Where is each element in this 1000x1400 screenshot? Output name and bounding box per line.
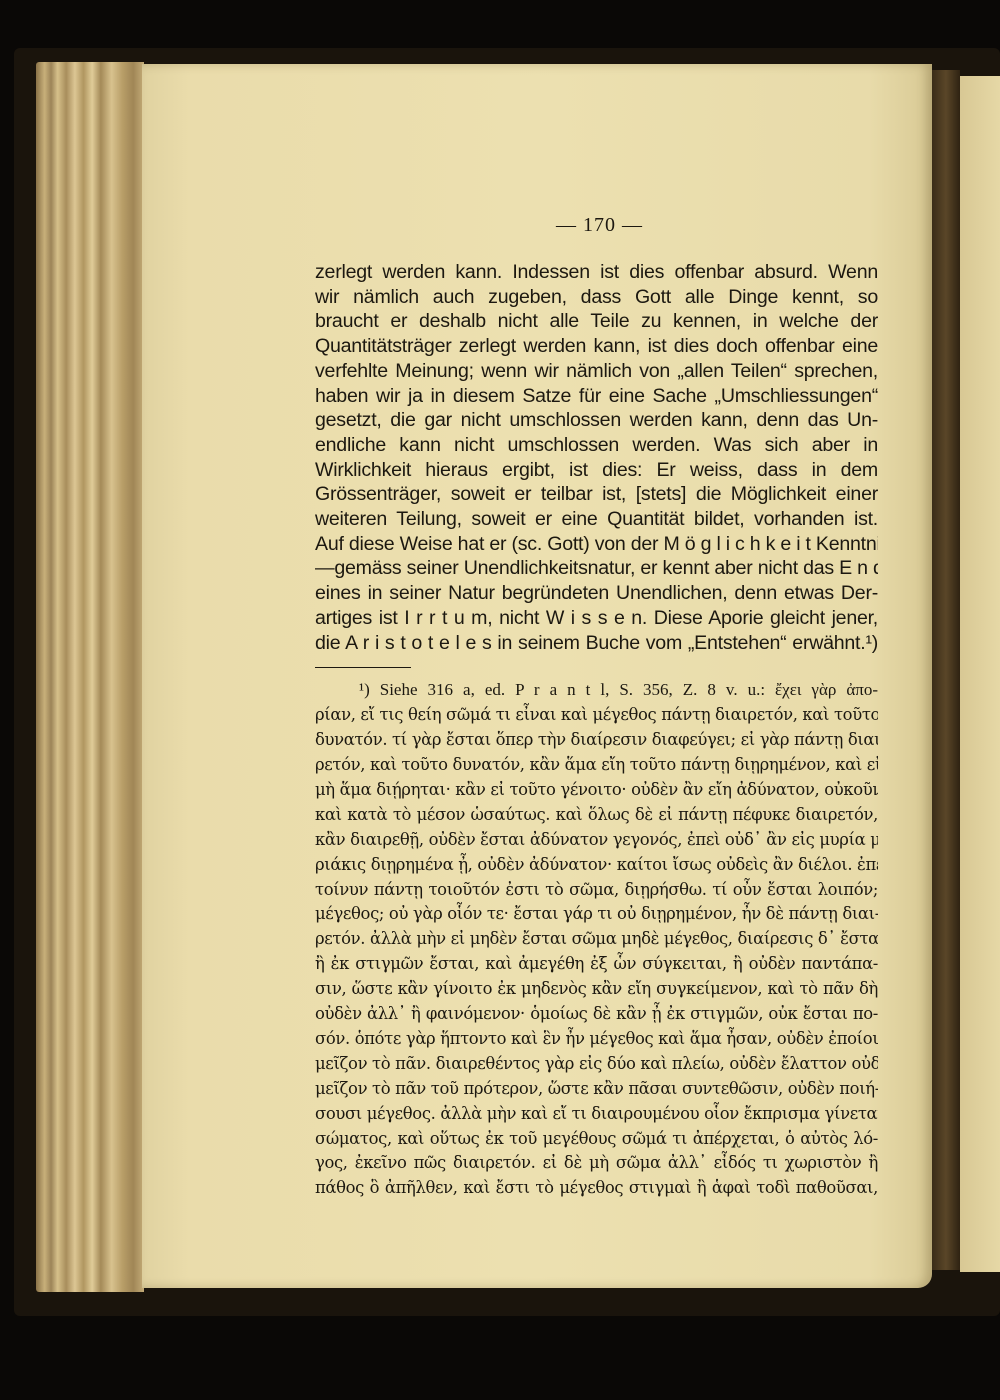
- footnote-line: μέγεθος; οὐ γὰρ οἷόν τε· ἔσται γάρ τι οὐ…: [315, 902, 878, 927]
- footnote-line: γος, ἐκεῖνο πῶς διαιρετόν. εἰ δὲ μὴ σῶμα…: [315, 1151, 878, 1176]
- footnote-line: σόν. ὁπότε γὰρ ἥπτοντο καὶ ἓν ἦν μέγεθος…: [315, 1027, 878, 1052]
- footnote-line: ρετόν, καὶ τοῦτο δυνατόν, κἂν ἅμα εἴη το…: [315, 753, 878, 778]
- footnote-line: μεῖζον τὸ πᾶν. διαιρεθέντος γὰρ εἰς δύο …: [315, 1052, 878, 1077]
- body-line: artiges ist I r r t u m, nicht W i s s e…: [315, 606, 878, 631]
- body-line: Quantitätsträger zerlegt werden kann, is…: [315, 334, 878, 359]
- footnote-line: οὐδὲν ἀλλ᾽ ἢ φαινόμενον· ὁμοίως δὲ κἂν ᾖ…: [315, 1002, 878, 1027]
- footnote-line: κἂν διαιρεθῇ, οὐδὲν ἔσται ἀδύνατον γεγον…: [315, 828, 878, 853]
- footnote-line: ¹) Siehe 316 a, ed. P r a n t l, S. 356,…: [315, 678, 878, 703]
- footnote-line: ἢ ἐκ στιγμῶν ἔσται, καὶ ἀμεγέθη ἐξ ὧν σύ…: [315, 952, 878, 977]
- footnote-line: ριάκις διῃρημένα ᾖ, οὐδὲν ἀδύνατον· καίτ…: [315, 853, 878, 878]
- book-gutter: [932, 70, 960, 1270]
- body-line: haben wir ja in diesem Satze für eine Sa…: [315, 384, 878, 409]
- page-edges-stack: [36, 62, 144, 1292]
- footnote-line: δυνατόν. τί γὰρ ἔσται ὅπερ τὴν διαίρεσιν…: [315, 728, 878, 753]
- footnote-line: σιν, ὥστε κἂν γίνοιτο ἐκ μηδενὸς κἂν εἴη…: [315, 977, 878, 1002]
- body-line: —gemäss seiner Unendlichkeitsnatur, er k…: [315, 556, 878, 581]
- body-line: zerlegt werden kann. Indessen ist dies o…: [315, 260, 878, 285]
- body-line: gesetzt, die gar nicht umschlossen werde…: [315, 408, 878, 433]
- footnote-line: σώματος, καὶ οὕτως ἐκ τοῦ μεγέθους σῶμά …: [315, 1127, 878, 1152]
- footnote-divider: [315, 667, 411, 668]
- facing-page-edge: [960, 76, 1000, 1272]
- footnote-line: ρίαν, εἴ τις θείη σῶμά τι εἶναι καὶ μέγε…: [315, 703, 878, 728]
- body-line: Auf diese Weise hat er (sc. Gott) von de…: [315, 532, 878, 557]
- footnote-line: τοίνυν πάντῃ τοιοῦτόν ἐστι τὸ σῶμα, διῃρ…: [315, 878, 878, 903]
- footnote: ¹) Siehe 316 a, ed. P r a n t l, S. 356,…: [315, 678, 878, 1201]
- footnote-line: σουσι μέγεθος. ἀλλὰ μὴν καὶ εἴ τι διαιρο…: [315, 1102, 878, 1127]
- body-line: wir nämlich auch zugeben, dass Gott alle…: [315, 285, 878, 310]
- body-line: endliche kann nicht umschlossen werden. …: [315, 433, 878, 458]
- body-line: eines in seiner Natur begründeten Unendl…: [315, 581, 878, 606]
- body-line: Wirklichkeit hieraus ergibt, ist dies: E…: [315, 458, 878, 483]
- footnote-line: ρετόν. ἀλλὰ μὴν εἰ μηδὲν ἔσται σῶμα μηδὲ…: [315, 927, 878, 952]
- page-number: — 170 —: [315, 210, 878, 240]
- page-content: — 170 — zerlegt werden kann. Indessen is…: [315, 210, 878, 1201]
- footnote-line: καὶ κατὰ τὸ μέσον ὡσαύτως. καὶ ὅλως δὲ ε…: [315, 803, 878, 828]
- body-line: die A r i s t o t e l e s in seinem Buch…: [315, 631, 878, 656]
- body-line: weiteren Teilung, soweit er eine Quantit…: [315, 507, 878, 532]
- footnote-line: μεῖζον τὸ πᾶν τοῦ πρότερον, ὥστε κἂν πᾶσ…: [315, 1077, 878, 1102]
- body-text: zerlegt werden kann. Indessen ist dies o…: [315, 260, 878, 655]
- footnote-line: μὴ ἅμα διῄρηται· κἂν εἰ τοῦτο γένοιτο· ο…: [315, 778, 878, 803]
- body-line: braucht er deshalb nicht alle Teile zu k…: [315, 309, 878, 334]
- footnote-line: πάθος ὃ ἀπῆλθεν, καὶ ἔστι τὸ μέγεθος στι…: [315, 1176, 878, 1201]
- body-line: verfehlte Meinung; wenn wir nämlich von …: [315, 359, 878, 384]
- body-line: Grössenträger, soweit er teilbar ist, [s…: [315, 482, 878, 507]
